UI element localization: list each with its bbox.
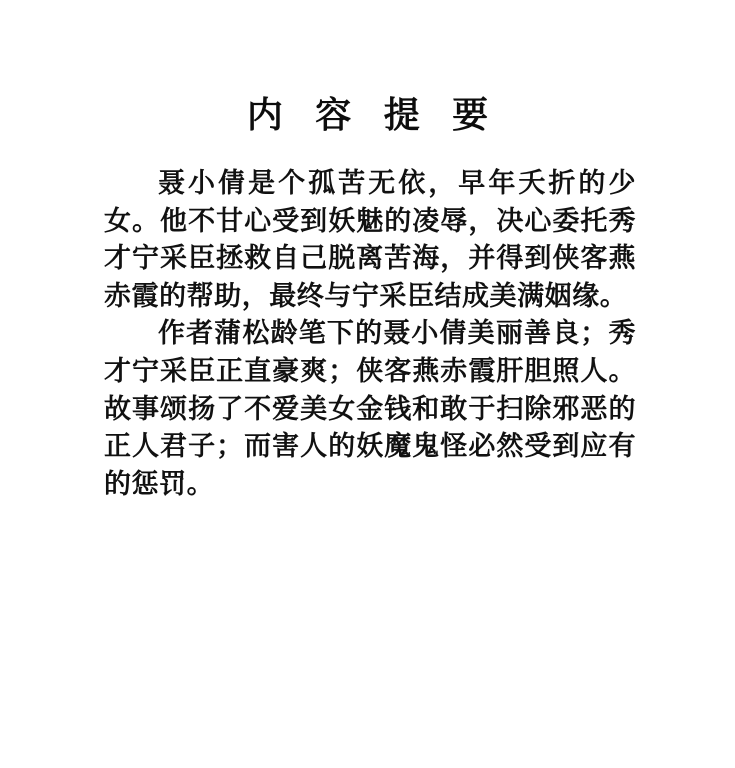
summary-paragraph-1: 聂小倩是个孤苦无依，早年夭折的少女。他不甘心受到妖魅的凌辱，决心委托秀才宁采臣拯… xyxy=(104,165,636,315)
page-title: 内容提要 xyxy=(0,0,735,136)
book-page: 内容提要 聂小倩是个孤苦无依，早年夭折的少女。他不甘心受到妖魅的凌辱，决心委托秀… xyxy=(0,0,735,768)
summary-paragraph-2: 作者蒲松龄笔下的聂小倩美丽善良；秀才宁采臣正直豪爽；侠客燕赤霞肝胆照人。故事颂扬… xyxy=(104,315,636,503)
summary-text-block: 聂小倩是个孤苦无依，早年夭折的少女。他不甘心受到妖魅的凌辱，决心委托秀才宁采臣拯… xyxy=(104,165,636,503)
